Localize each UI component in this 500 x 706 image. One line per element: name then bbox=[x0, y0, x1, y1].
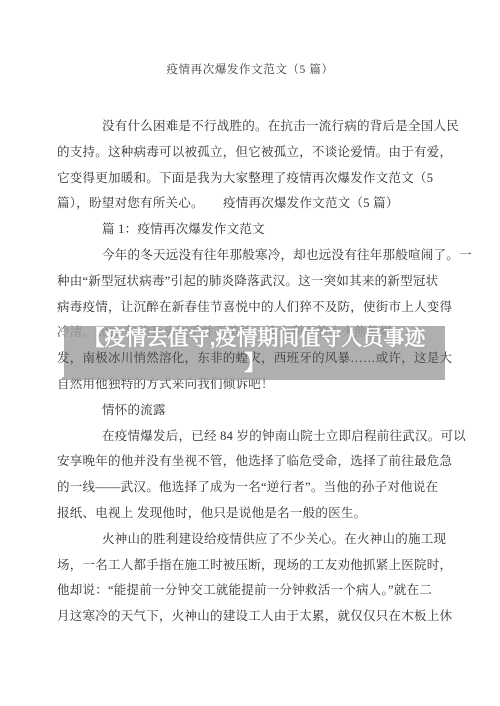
body-line: 种由“新型冠状病毒”引起的肺炎降落武汉。这一突如其来的新型冠状 bbox=[57, 269, 443, 295]
body-line: 场，一名工人都手指在施工时被压断，现场的工友劝他抓紧上医院时， bbox=[57, 553, 443, 579]
body-line: 今年的冬天远没有往年那般寒冷，却也远没有往年那般喧闹了。一 bbox=[57, 243, 443, 269]
body-line: 火神山的胜利建设给疫情供应了不少关心。在火神山的施工现 bbox=[57, 527, 443, 553]
watermark-caption-line1: 【疫情去值守,疫情期间值守人员事迹 bbox=[60, 327, 449, 352]
body-line: 篇），盼望对您有所关心。 疫情再次爆发作文范文（5 篇） bbox=[57, 191, 443, 217]
watermark-caption: 【疫情去值守,疫情期间值守人员事迹 】 bbox=[60, 327, 449, 376]
watermark-caption-line2: 】 bbox=[60, 352, 449, 377]
document-title: 疫情再次爆发作文范文（5 篇） bbox=[0, 61, 500, 77]
body-line: 报纸、电视上 发现他时，他只是说他是名一般的医生。 bbox=[57, 501, 443, 527]
body-line: 安享晚年的他并没有坐视不管，他选择了临危受命，选择了前往最危急 bbox=[57, 449, 443, 475]
body-line: 病毒疫情，让沉醉在新春佳节喜悦中的人们猝不及防，使街市上人变得 bbox=[57, 295, 443, 321]
document-page: 疫情再次爆发作文范文（5 篇） 没有什么困难是不行战胜的。在抗击一流行病的背后是… bbox=[0, 0, 500, 706]
body-line: 月这寒冷的天气下，火神山的建设工人由于太累，就仅仅只在木板上休 bbox=[57, 604, 443, 630]
body-line: 的支持。这种病毒可以被孤立，但它被孤立，不谈论爱情。由于有爱， bbox=[57, 140, 443, 166]
body-line: 没有什么困难是不行战胜的。在抗击一流行病的背后是全国人民 bbox=[57, 114, 443, 140]
section-heading-line: 篇 1：疫情再次爆发作文范文 bbox=[57, 217, 443, 243]
body-line: 它变得更加暖和。下面是我为大家整理了疫情再次爆发作文范文（5 bbox=[57, 166, 443, 192]
body-line: 在疫情爆发后，已经 84 岁的钟南山院士立即启程前往武汉。可以 bbox=[57, 424, 443, 450]
body-line: 的一线——武汉。他选择了成为一名“逆行者”。当他的孙子对他说在 bbox=[57, 475, 443, 501]
subheading-line: 情怀的流露 bbox=[57, 398, 443, 424]
body-line: 他却说：“能提前一分钟交工就能提前一分钟救活一个病人。”就在二 bbox=[57, 578, 443, 604]
